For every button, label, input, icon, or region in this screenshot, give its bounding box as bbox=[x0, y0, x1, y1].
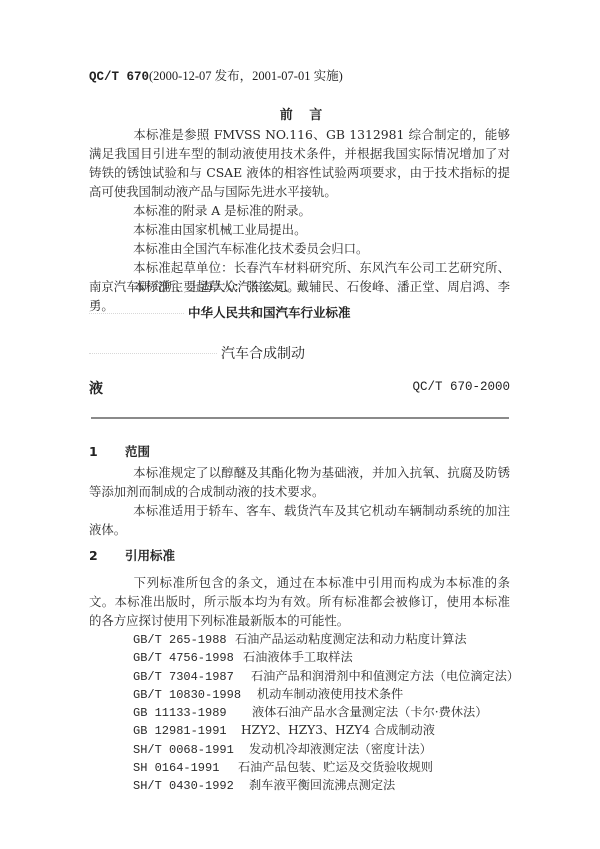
reference-title: 石油产品和润滑剂中和值测定方法（电位滴定法） bbox=[251, 669, 519, 683]
reference-title: 机动车制动液使用技术条件 bbox=[257, 687, 403, 701]
reference-code: SH 0164-1991 bbox=[133, 759, 238, 777]
dotted-leader bbox=[89, 353, 217, 355]
foreword-paragraph: 本标准由国家机械工业局提出。 bbox=[89, 220, 510, 239]
reference-title: 石油产品包装、贮运及交货验收规则 bbox=[238, 760, 433, 774]
reference-code: GB 12981-1991 bbox=[133, 722, 241, 740]
scope-paragraph-text: 本标准规定了以醇醚及其酯化物为基础液，并加入抗氧、抗腐及防锈等添加剂而制成的合成… bbox=[89, 465, 510, 499]
section-title: 引用标准 bbox=[125, 548, 175, 563]
scope-paragraph: 本标准适用于轿车、客车、载货汽车及其它机动车辆制动系统的加注液体。 bbox=[89, 501, 510, 539]
reference-code: GB/T 7304-1987 bbox=[133, 668, 251, 686]
reference-item: GB 12981-1991HZY2、HZY3、HZY4 合成制动液 bbox=[133, 721, 519, 739]
reference-code: GB 11133-1989 bbox=[133, 704, 252, 722]
reference-item: GB 11133-1989液体石油产品水含量测定法（卡尔·费休法） bbox=[133, 703, 519, 721]
reference-title: HZY2、HZY3、HZY4 合成制动液 bbox=[241, 723, 435, 737]
references-intro-paragraph: 下列标准所包含的条文，通过在本标准中引用而构成为本标准的条文。本标准出版时，所示… bbox=[89, 573, 510, 630]
reference-item: SH/T 0430-1992刹车液平衡回流沸点测定法 bbox=[133, 776, 519, 794]
horizontal-rule bbox=[91, 417, 509, 419]
section-heading-scope: 1范围 bbox=[89, 442, 150, 460]
references-intro-text: 下列标准所包含的条文，通过在本标准中引用而构成为本标准的条文。本标准出版时，所示… bbox=[89, 575, 510, 628]
scope-paragraph-text: 本标准适用于轿车、客车、载货汽车及其它机动车辆制动系统的加注液体。 bbox=[89, 503, 510, 537]
reference-title: 发动机冷却液测定法（密度计法） bbox=[249, 742, 432, 756]
foreword-paragraph: 本标准是参照 FMVSS NO.116、GB 1312981 综合制定的，能够满… bbox=[89, 125, 510, 201]
reference-item: GB/T 4756-1998石油液体手工取样法 bbox=[133, 648, 519, 666]
standard-number: QC/T 670-2000 bbox=[412, 380, 510, 394]
foreword-title: 前 言 bbox=[0, 104, 600, 123]
reference-title: 液体石油产品水含量测定法（卡尔·费休法） bbox=[252, 705, 487, 719]
standard-title-tail: 液 bbox=[89, 378, 103, 398]
reference-code: GB/T 265-1988 bbox=[133, 631, 235, 649]
header-dates: (2000-12-07 发布，2001-07-01 实施) bbox=[149, 69, 343, 83]
reference-item: GB/T 10830-1998机动车制动液使用技术条件 bbox=[133, 685, 519, 703]
scope-paragraph: 本标准规定了以醇醚及其酯化物为基础液，并加入抗氧、抗腐及防锈等添加剂而制成的合成… bbox=[89, 463, 510, 501]
reference-item: SH/T 0068-1991发动机冷却液测定法（密度计法） bbox=[133, 740, 519, 758]
reference-item: GB/T 7304-1987石油产品和润滑剂中和值测定方法（电位滴定法） bbox=[133, 667, 519, 685]
reference-title: 石油产品运动粘度测定法和动力粘度计算法 bbox=[235, 632, 467, 646]
foreword-paragraph: 本标准的附录 A 是标准的附录。 bbox=[89, 201, 510, 220]
reference-code: GB/T 10830-1998 bbox=[133, 686, 257, 704]
reference-title: 刹车液平衡回流沸点测定法 bbox=[249, 778, 395, 792]
section-number: 2 bbox=[89, 548, 125, 563]
foreword-paragraph-text: 本标准由全国汽车标准化技术委员会归口。 bbox=[133, 241, 368, 256]
reference-title: 石油液体手工取样法 bbox=[243, 650, 353, 664]
section-title: 范围 bbox=[125, 444, 150, 459]
section-heading-references: 2引用标准 bbox=[89, 546, 175, 564]
document-page: QC/T 670(2000-12-07 发布，2001-07-01 实施) 前 … bbox=[0, 0, 600, 849]
standard-header-line: QC/T 670(2000-12-07 发布，2001-07-01 实施) bbox=[89, 66, 343, 84]
reference-item: SH 0164-1991石油产品包装、贮运及交货验收规则 bbox=[133, 758, 519, 776]
dotted-leader bbox=[89, 313, 184, 315]
standard-title: 汽车合成制动 bbox=[221, 343, 305, 363]
reference-code: SH/T 0068-1991 bbox=[133, 741, 249, 759]
foreword-paragraph: 本标准由全国汽车标准化技术委员会归口。 bbox=[89, 239, 510, 258]
section-number: 1 bbox=[89, 444, 125, 459]
foreword-paragraph-text: 本标准由国家机械工业局提出。 bbox=[133, 222, 306, 237]
reference-code: GB/T 4756-1998 bbox=[133, 649, 243, 667]
standard-category: 中华人民共和国汽车行业标准 bbox=[188, 303, 351, 321]
foreword-paragraph-text: 本标准的附录 A 是标准的附录。 bbox=[133, 203, 311, 218]
reference-code: SH/T 0430-1992 bbox=[133, 777, 249, 795]
reference-list: GB/T 265-1988石油产品运动粘度测定法和动力粘度计算法 GB/T 47… bbox=[133, 630, 519, 795]
foreword-paragraph-text: 本标准是参照 FMVSS NO.116、GB 1312981 综合制定的，能够满… bbox=[89, 127, 510, 199]
header-standard-code: QC/T 670 bbox=[89, 70, 149, 84]
reference-item: GB/T 265-1988石油产品运动粘度测定法和动力粘度计算法 bbox=[133, 630, 519, 648]
